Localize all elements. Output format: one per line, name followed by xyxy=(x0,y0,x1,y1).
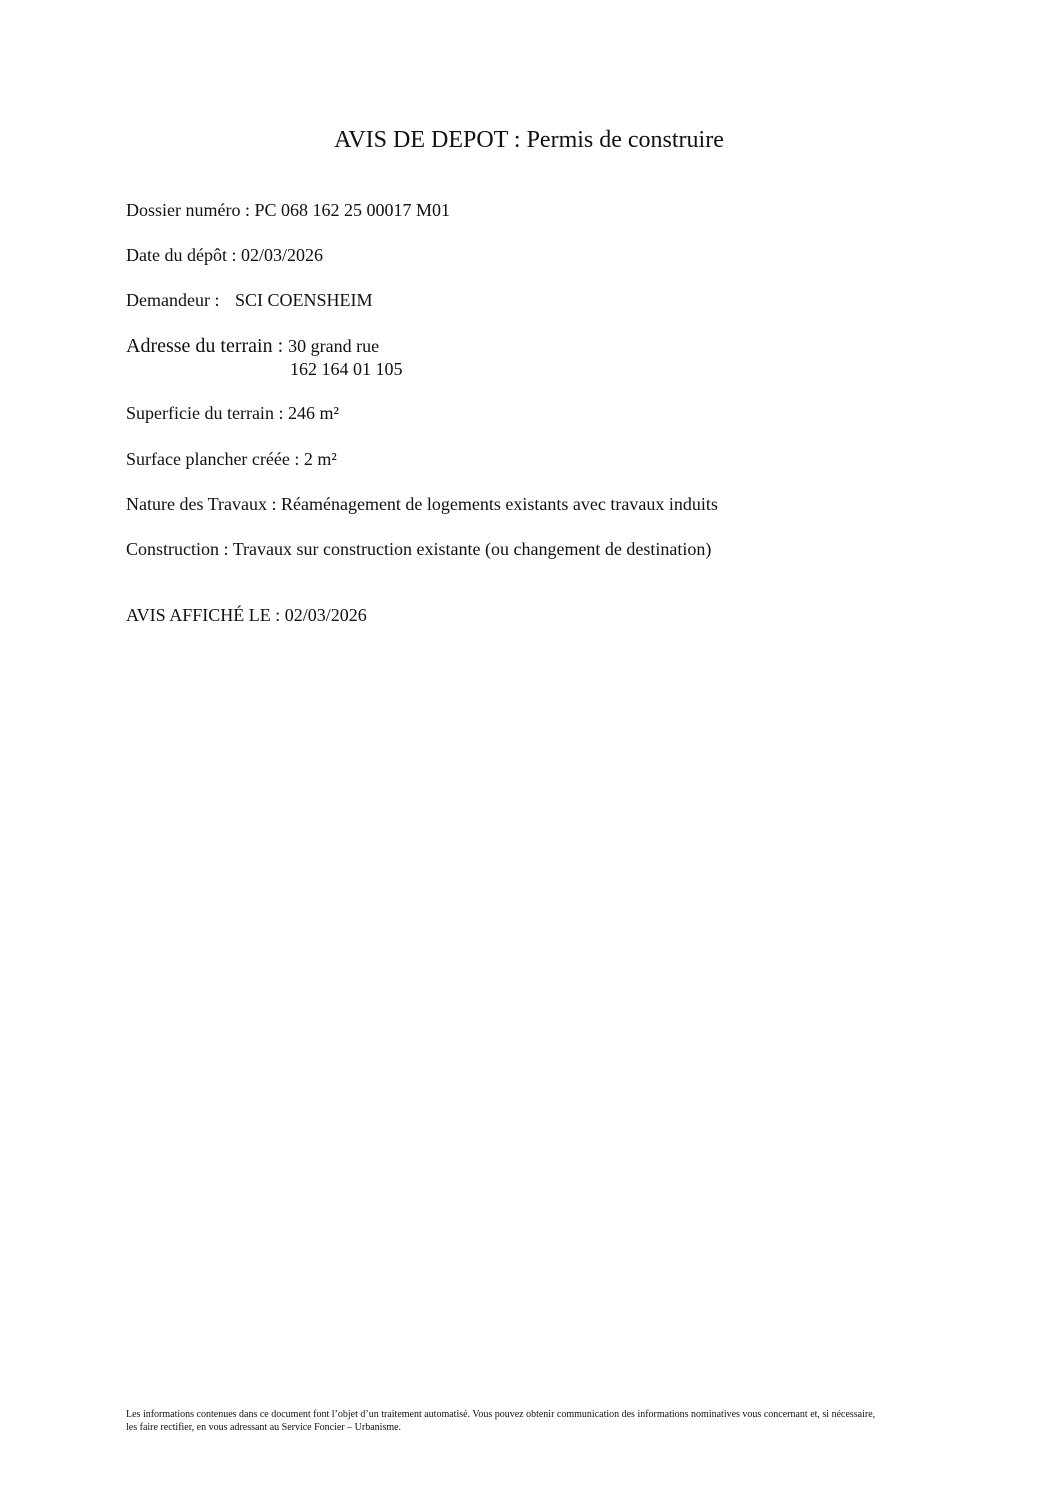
date-depot-label: Date du dépôt : xyxy=(126,245,241,265)
dossier-number-line: Dossier numéro : PC 068 162 25 00017 M01 xyxy=(126,199,450,221)
construction-line: Construction : Travaux sur construction … xyxy=(126,538,711,560)
footer-line-2: les faire rectifier, en vous adressant a… xyxy=(126,1421,931,1434)
avis-affiche-value: 02/03/2026 xyxy=(285,605,367,625)
superficie-label: Superficie du terrain : xyxy=(126,403,288,423)
dossier-number-label: Dossier numéro : xyxy=(126,200,254,220)
surface-plancher-value: 2 m² xyxy=(304,449,337,469)
demandeur-value: SCI COENSHEIM xyxy=(235,290,373,310)
adresse-value-line2: 162 164 01 105 xyxy=(290,358,403,380)
demandeur-line: Demandeur : SCI COENSHEIM xyxy=(126,289,372,311)
nature-travaux-line: Nature des Travaux : Réaménagement de lo… xyxy=(126,493,718,515)
avis-affiche-label: AVIS AFFICHÉ LE : xyxy=(126,605,285,625)
adresse-line: Adresse du terrain : 30 grand rue xyxy=(126,335,379,357)
construction-value: Travaux sur construction existante (ou c… xyxy=(233,539,712,559)
superficie-line: Superficie du terrain : 246 m² xyxy=(126,402,339,424)
construction-label: Construction : xyxy=(126,539,233,559)
nature-travaux-value: Réaménagement de logements existants ave… xyxy=(281,494,718,514)
demandeur-label: Demandeur : xyxy=(126,290,224,310)
page-title: AVIS DE DEPOT : Permis de construire xyxy=(0,124,1058,156)
surface-plancher-line: Surface plancher créée : 2 m² xyxy=(126,448,337,470)
adresse-label: Adresse du terrain : xyxy=(126,335,288,357)
date-depot-line: Date du dépôt : 02/03/2026 xyxy=(126,244,323,266)
dossier-number-value: PC 068 162 25 00017 M01 xyxy=(254,200,450,220)
nature-travaux-label: Nature des Travaux : xyxy=(126,494,281,514)
surface-plancher-label: Surface plancher créée : xyxy=(126,449,304,469)
avis-affiche-line: AVIS AFFICHÉ LE : 02/03/2026 xyxy=(126,604,367,626)
adresse-value-line1: 30 grand rue xyxy=(288,336,379,356)
date-depot-value: 02/03/2026 xyxy=(241,245,323,265)
superficie-value: 246 m² xyxy=(288,403,339,423)
footer-line-1: Les informations contenues dans ce docum… xyxy=(126,1408,931,1421)
footer-notice: Les informations contenues dans ce docum… xyxy=(126,1408,931,1434)
